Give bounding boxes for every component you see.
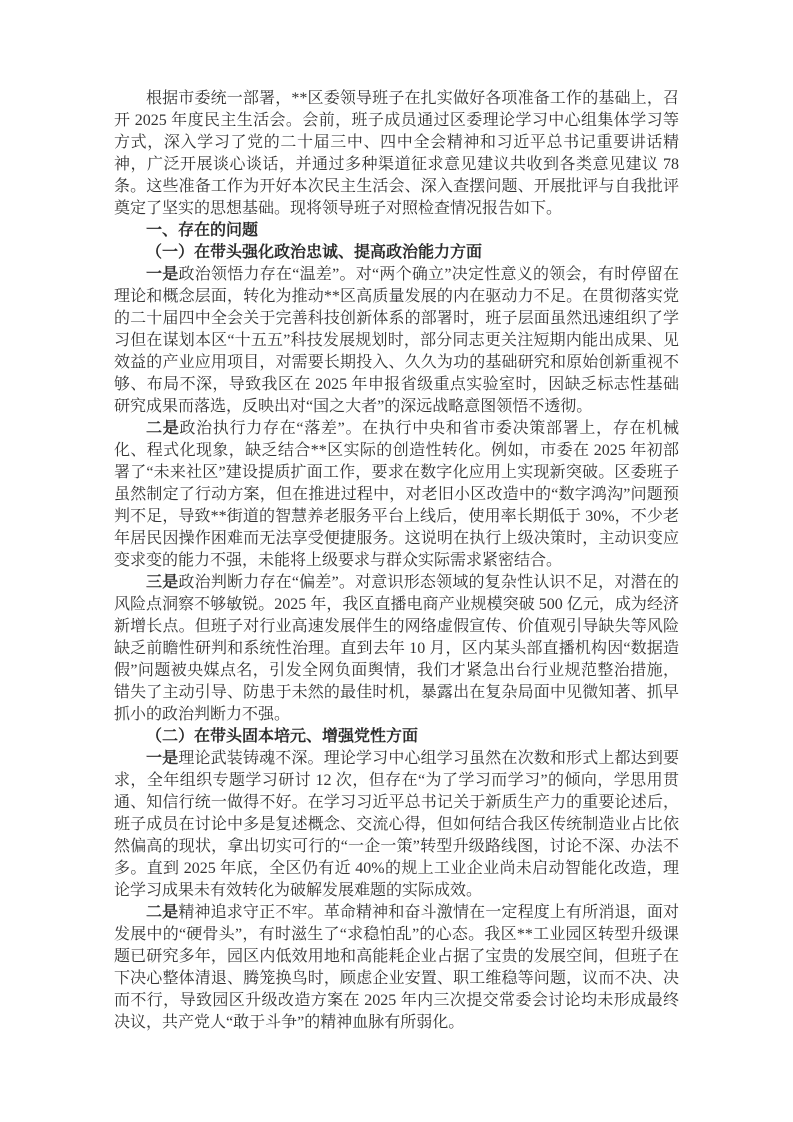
paragraph-point-2-text: 政治执行力存在“落差”。在执行中央和省市委决策部署上，存在机械化、程式化现象，缺… [114,420,679,569]
section-heading-problems: 一、存在的问题 [114,220,679,242]
paragraph-point-4-text: 理论武装铸魂不深。理论学习中心组学习虽然在次数和形式上都达到要求，全年组织专题学… [114,750,679,899]
paragraph-point-5-lead: 二是 [146,904,178,921]
document-page: 根据市委统一部署，**区委领导班子在扎实做好各项准备工作的基础上，召开 2025… [0,0,793,1122]
paragraph-point-1-lead: 一是 [146,266,179,283]
subsection-heading-political-loyalty: （一）在带头强化政治忠诚、提高政治能力方面 [114,242,679,264]
paragraph-point-4: 一是理论武装铸魂不深。理论学习中心组学习虽然在次数和形式上都达到要求，全年组织专… [114,748,679,902]
paragraph-point-4-lead: 一是 [146,750,178,767]
document-body: 根据市委统一部署，**区委领导班子在扎实做好各项准备工作的基础上，召开 2025… [114,88,679,1034]
paragraph-point-3-lead: 三是 [146,574,178,591]
paragraph-intro: 根据市委统一部署，**区委领导班子在扎实做好各项准备工作的基础上，召开 2025… [114,88,679,220]
paragraph-point-2-lead: 二是 [146,420,179,437]
paragraph-point-5-text: 精神追求守正不牢。革命精神和奋斗激情在一定程度上有所消退，面对发展中的“硬骨头”… [114,904,679,1031]
paragraph-point-2: 二是政治执行力存在“落差”。在执行中央和省市委决策部署上，存在机械化、程式化现象… [114,418,679,572]
paragraph-point-3-text: 政治判断力存在“偏差”。对意识形态领域的复杂性认识不足，对潜在的风险点洞察不够敏… [114,574,679,723]
paragraph-point-5: 二是精神追求守正不牢。革命精神和奋斗激情在一定程度上有所消退，面对发展中的“硬骨… [114,902,679,1034]
paragraph-point-3: 三是政治判断力存在“偏差”。对意识形态领域的复杂性认识不足，对潜在的风险点洞察不… [114,572,679,726]
paragraph-point-1: 一是政治领悟力存在“温差”。对“两个确立”决定性意义的领会，有时停留在理论和概念… [114,264,679,418]
paragraph-point-1-text: 政治领悟力存在“温差”。对“两个确立”决定性意义的领会，有时停留在理论和概念层面… [114,266,679,415]
subsection-heading-party-spirit: （二）在带头固本培元、增强党性方面 [114,726,679,748]
